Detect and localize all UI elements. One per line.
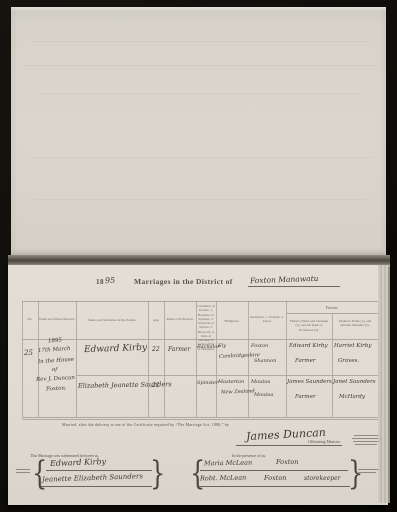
bride-birthplace-1: Masterton — [218, 379, 244, 385]
district-name: Foxton Manawatu — [250, 274, 319, 285]
when-line: Rev J. Duncan — [36, 375, 75, 383]
groom-mother-name: Harriet Kirby — [334, 343, 371, 349]
when-line: Foxton. — [46, 385, 67, 392]
groom-rank: Farmer — [168, 346, 190, 353]
party-signature-line — [40, 486, 152, 487]
col-header-mother: Mother's Name (1), and Maiden Surname (2… — [334, 319, 376, 328]
witness-signature-line — [200, 470, 348, 471]
when-line: In the House — [38, 357, 74, 365]
bride-father-rank: Farmer — [295, 394, 315, 400]
party-signature-bride: Jeanette Elizabeth Saunders — [42, 472, 143, 484]
bride-mother-name: Janet Saunders — [333, 379, 376, 385]
entry-number: 25 — [24, 349, 33, 357]
bride-residence-2: Moutoa — [254, 392, 273, 398]
page-title: Marriages in the District of — [134, 277, 233, 286]
witness-signature-line — [198, 486, 350, 487]
groom-father-name: Edward Kirby — [289, 343, 328, 349]
groom-mother-maiden: Graves. — [338, 358, 359, 364]
minister-signature-line — [236, 445, 342, 446]
witness-2-occupation: storekeeper — [304, 475, 341, 482]
scanned-register-photo: ··· ····· ·· ··· ······· ·· ··· 18 95 Ma… — [0, 0, 397, 512]
party-signature-groom: Edward Kirby — [50, 457, 106, 468]
col-header-age: Age. — [148, 318, 164, 322]
certificate-statement: Married, after the delivery to me of the… — [62, 422, 229, 427]
witness-1-name: Maria McLean — [204, 459, 252, 468]
col-header-when: When and Where Married. — [38, 317, 76, 321]
col-header-parents: Parents. — [286, 305, 378, 310]
when-line: 1895 — [48, 338, 62, 345]
show-through-line — [35, 199, 365, 200]
year-handwritten: 95 — [105, 276, 116, 286]
bride-father-name: James Saunders — [287, 379, 332, 385]
col-header-no: No. — [22, 317, 38, 321]
show-through-line — [31, 41, 371, 42]
witness-brace-close: } — [348, 454, 363, 492]
top-blank-page: ··· ····· ·· ··· ······· ·· ··· — [11, 7, 386, 257]
party-brace-close: } — [150, 454, 165, 492]
when-line: 17th March — [38, 346, 71, 354]
groom-name: Edward Kirby — [84, 343, 147, 355]
col-header-birthplace: Birthplace. — [216, 319, 248, 323]
presence-label: In the presence of us, — [232, 453, 266, 458]
table-gridline — [286, 301, 287, 417]
year-prefix: 18 — [96, 278, 104, 286]
col-header-father: Father's Name and Surname (1), and his R… — [288, 319, 330, 332]
groom-residence-1: Foxton — [251, 343, 268, 349]
show-through-line — [25, 65, 375, 66]
groom-condition: Bachelor — [197, 344, 220, 350]
show-through-line — [41, 93, 361, 94]
groom-father-rank: Farmer — [295, 358, 315, 364]
groom-birthplace-1: Ely — [218, 343, 226, 349]
bride-age: 21 — [152, 382, 160, 389]
bride-birthplace-2: New Zealand — [221, 388, 255, 395]
when-line: of — [52, 367, 57, 373]
table-gridline — [22, 417, 378, 418]
bride-residence-1: Moutoa — [251, 379, 270, 385]
officiating-minister-label: Officiating Minister — [308, 439, 340, 444]
col-header-rank: Rank or Profession. — [166, 317, 194, 321]
witness-1-residence: Foxton — [276, 458, 298, 466]
page-fore-edge — [378, 265, 390, 503]
table-gridline — [22, 419, 378, 420]
col-header-residence: Residence. 1. Present. 2. Usual. — [250, 315, 284, 324]
col-header-names: Names and Surnames of the Parties. — [80, 318, 144, 322]
groom-age: 22 — [152, 346, 160, 353]
table-gridline — [164, 301, 165, 417]
table-gridline — [332, 313, 333, 417]
table-gridline — [248, 301, 249, 417]
show-through-line — [29, 157, 374, 158]
witness-2-name: Robt. McLean — [200, 474, 246, 483]
marriage-register-page: 18 95 Marriages in the District of Foxto… — [8, 265, 388, 505]
district-underline — [248, 286, 340, 287]
bride-mother-maiden: McHardy — [339, 394, 365, 400]
party-signature-line — [46, 470, 152, 471]
show-through-title: ··· ····· ·· ··· ······· ·· ··· — [115, 229, 305, 235]
groom-residence-2: Shannon — [254, 358, 276, 364]
table-gridline — [76, 301, 77, 417]
bride-condition: Spinster — [197, 380, 218, 386]
witness-2-residence: Foxton — [264, 474, 286, 482]
